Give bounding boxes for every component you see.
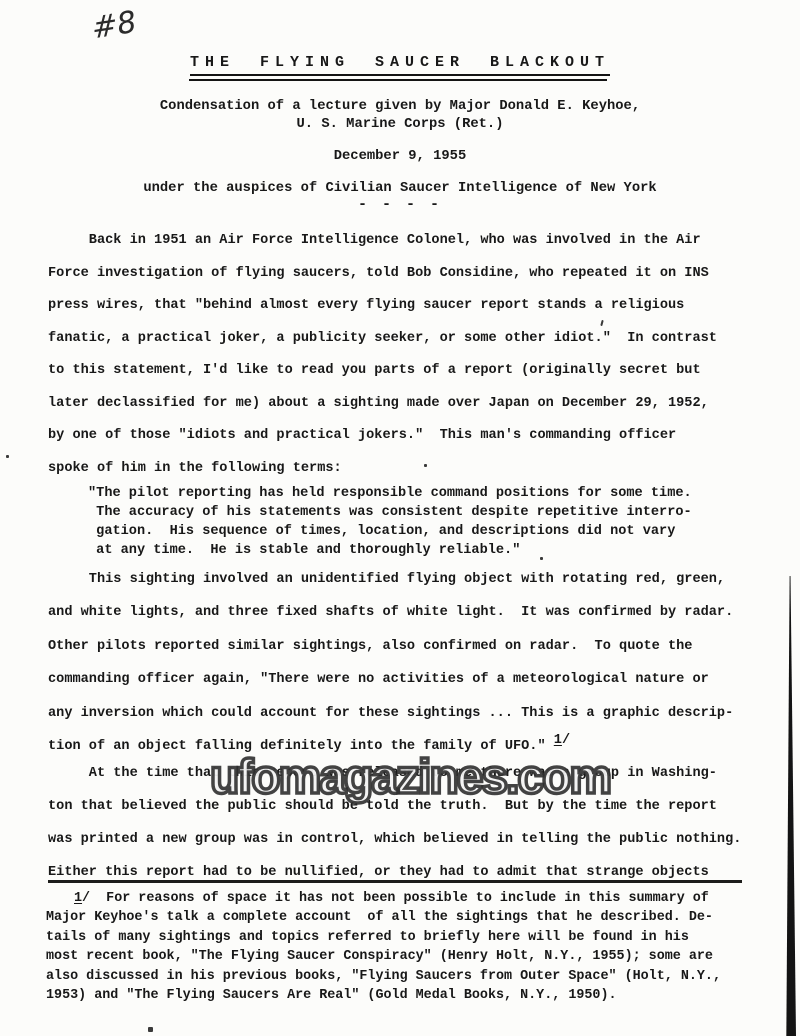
document-title-text: THE FLYING SAUCER BLACKOUT [190,54,610,76]
handwritten-page-number: #8 [92,4,136,46]
paragraph-1: Back in 1951 an Air Force Intelligence C… [48,233,768,493]
site-watermark: ufomagazines.com [210,750,610,805]
footnote-reference-1: 1/ [554,733,570,748]
quote-line: The accuracy of his statements was consi… [88,505,748,524]
body-line: to this statement, I'd like to read you … [48,363,768,396]
ink-speck [148,1027,153,1032]
document-title: THE FLYING SAUCER BLACKOUT [0,54,800,76]
quote-line: "The pilot reporting has held responsibl… [88,486,748,505]
footnote-block: 1/ For reasons of space it has not been … [46,891,770,1007]
body-line: Force investigation of flying saucers, t… [48,266,768,299]
footnote-line: 1953) and "The Flying Saucers Are Real" … [46,988,770,1007]
footnote-line: Major Keyhoe's talk a complete account o… [46,910,770,929]
scan-edge-artifact [785,576,796,1036]
body-line: commanding officer again, "There were no… [48,672,768,705]
commanding-officer-quote: "The pilot reporting has held responsibl… [88,486,748,562]
ink-speck [6,455,9,458]
body-line: Other pilots reported similar sightings,… [48,639,768,672]
ink-speck [540,557,543,560]
auspices-line: under the auspices of Civilian Saucer In… [0,181,800,196]
footnote-line: most recent book, "The Flying Saucer Con… [46,949,770,968]
subtitle-line-1: Condensation of a lecture given by Major… [0,99,800,114]
footnote-marker-1: 1/ [74,891,90,906]
footnote-line: also discussed in his previous books, "F… [46,969,770,988]
body-line: and white lights, and three fixed shafts… [48,605,768,638]
footnote-line-text: For reasons of space it has not been pos… [90,891,709,906]
ink-speck [595,240,598,243]
body-line: fanatic, a practical joker, a publicity … [48,331,768,364]
body-line: Back in 1951 an Air Force Intelligence C… [48,233,768,266]
body-line: by one of those "idiots and practical jo… [48,428,768,461]
footnote-separator-rule [48,880,742,883]
quote-line: gation. His sequence of times, location,… [88,524,748,543]
footnote-line: tails of many sightings and topics refer… [46,930,770,949]
subtitle-line-2: U. S. Marine Corps (Ret.) [0,117,800,132]
body-line: press wires, that "behind almost every f… [48,298,768,331]
paragraph-2: This sighting involved an unidentified f… [48,572,768,772]
ink-speck [424,464,427,467]
dash-separator: - - - - [0,196,800,213]
lecture-date: December 9, 1955 [0,149,800,164]
body-line: was printed a new group was in control, … [48,832,768,865]
body-line: later declassified for me) about a sight… [48,396,768,429]
body-line: any inversion which could account for th… [48,706,768,739]
body-line: This sighting involved an unidentified f… [48,572,768,605]
quote-line: at any time. He is stable and thoroughly… [88,543,748,562]
footnote-line-1: 1/ For reasons of space it has not been … [46,891,770,910]
document-page: #8 THE FLYING SAUCER BLACKOUT Condensati… [0,0,800,1036]
